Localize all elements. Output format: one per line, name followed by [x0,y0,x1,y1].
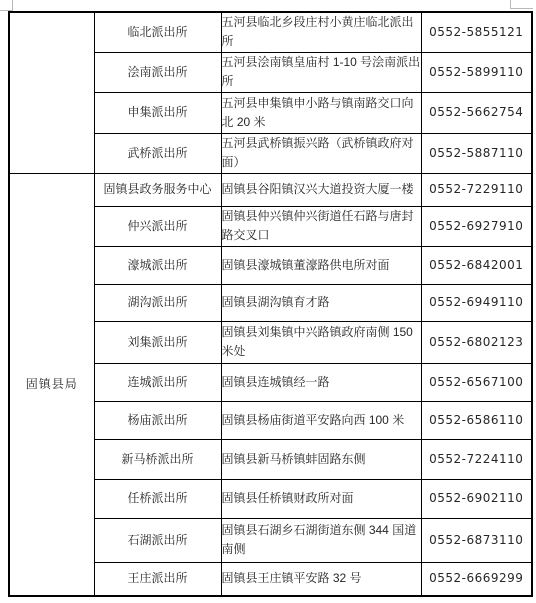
station-name-cell: 仲兴派出所 [94,206,221,246]
table-row: 固镇县局 固镇县政务服务中心 固镇县谷阳镇汉兴大道投资大厦一楼 0552-722… [9,173,532,206]
phone-cell: 0552-6669299 [421,562,532,596]
station-name-cell: 濠城派出所 [94,246,221,284]
cropped-gridline-artifact-right [510,0,533,9]
bureau-cell: 固镇县局 [9,173,94,596]
address-cell: 固镇县石湖乡石湖街道东侧 344 国道南侧 [221,518,421,562]
police-station-directory-table: 临北派出所 五河县临北乡段庄村小黄庄临北派出所 0552-5855121 浍南派… [8,11,533,597]
bureau-cell [9,12,94,173]
station-name-cell: 任桥派出所 [94,479,221,518]
address-cell: 固镇县连城镇经一路 [221,363,421,401]
phone-cell: 0552-6902110 [421,479,532,518]
station-name-cell: 连城派出所 [94,363,221,401]
address-cell: 五河县临北乡段庄村小黄庄临北派出所 [221,12,421,52]
address-cell: 固镇县新马桥镇蚌固路东侧 [221,439,421,479]
station-name-cell: 杨庙派出所 [94,401,221,439]
address-cell: 固镇县王庄镇平安路 32 号 [221,562,421,596]
phone-cell: 0552-6802123 [421,321,532,363]
table-row: 临北派出所 五河县临北乡段庄村小黄庄临北派出所 0552-5855121 [9,12,532,52]
phone-cell: 0552-6949110 [421,284,532,321]
address-cell: 固镇县谷阳镇汉兴大道投资大厦一楼 [221,173,421,206]
station-name-cell: 固镇县政务服务中心 [94,173,221,206]
phone-cell: 0552-7224110 [421,439,532,479]
station-name-cell: 新马桥派出所 [94,439,221,479]
address-cell: 固镇县杨庙街道平安路向西 100 米 [221,401,421,439]
phone-cell: 0552-6567100 [421,363,532,401]
address-cell: 固镇县湖沟镇育才路 [221,284,421,321]
station-name-cell: 石湖派出所 [94,518,221,562]
address-cell: 固镇县任桥镇财政所对面 [221,479,421,518]
phone-cell: 0552-6842001 [421,246,532,284]
address-cell: 固镇县仲兴镇仲兴街道任石路与唐封路交叉口 [221,206,421,246]
address-cell: 五河县武桥镇振兴路（武桥镇政府对面） [221,133,421,173]
station-name-cell: 王庄派出所 [94,562,221,596]
station-name-cell: 刘集派出所 [94,321,221,363]
phone-cell: 0552-6586110 [421,401,532,439]
phone-cell: 0552-5899110 [421,52,532,92]
phone-cell: 0552-6927910 [421,206,532,246]
station-name-cell: 浍南派出所 [94,52,221,92]
page: { "colors": { "background": "#ffffff", "… [0,0,536,603]
phone-cell: 0552-5887110 [421,133,532,173]
station-name-cell: 申集派出所 [94,92,221,133]
cropped-gridline-artifact-left [0,0,13,11]
phone-cell: 0552-5662754 [421,92,532,133]
phone-cell: 0552-7229110 [421,173,532,206]
address-cell: 固镇县濠城镇董濠路供电所对面 [221,246,421,284]
station-name-cell: 湖沟派出所 [94,284,221,321]
address-cell: 五河县申集镇申小路与镇南路交口向北 20 米 [221,92,421,133]
phone-cell: 0552-6873110 [421,518,532,562]
station-name-cell: 临北派出所 [94,12,221,52]
station-name-cell: 武桥派出所 [94,133,221,173]
address-cell: 固镇县刘集镇中兴路镇政府南侧 150 米处 [221,321,421,363]
phone-cell: 0552-5855121 [421,12,532,52]
address-cell: 五河县浍南镇皇庙村 1-10 号浍南派出所 [221,52,421,92]
